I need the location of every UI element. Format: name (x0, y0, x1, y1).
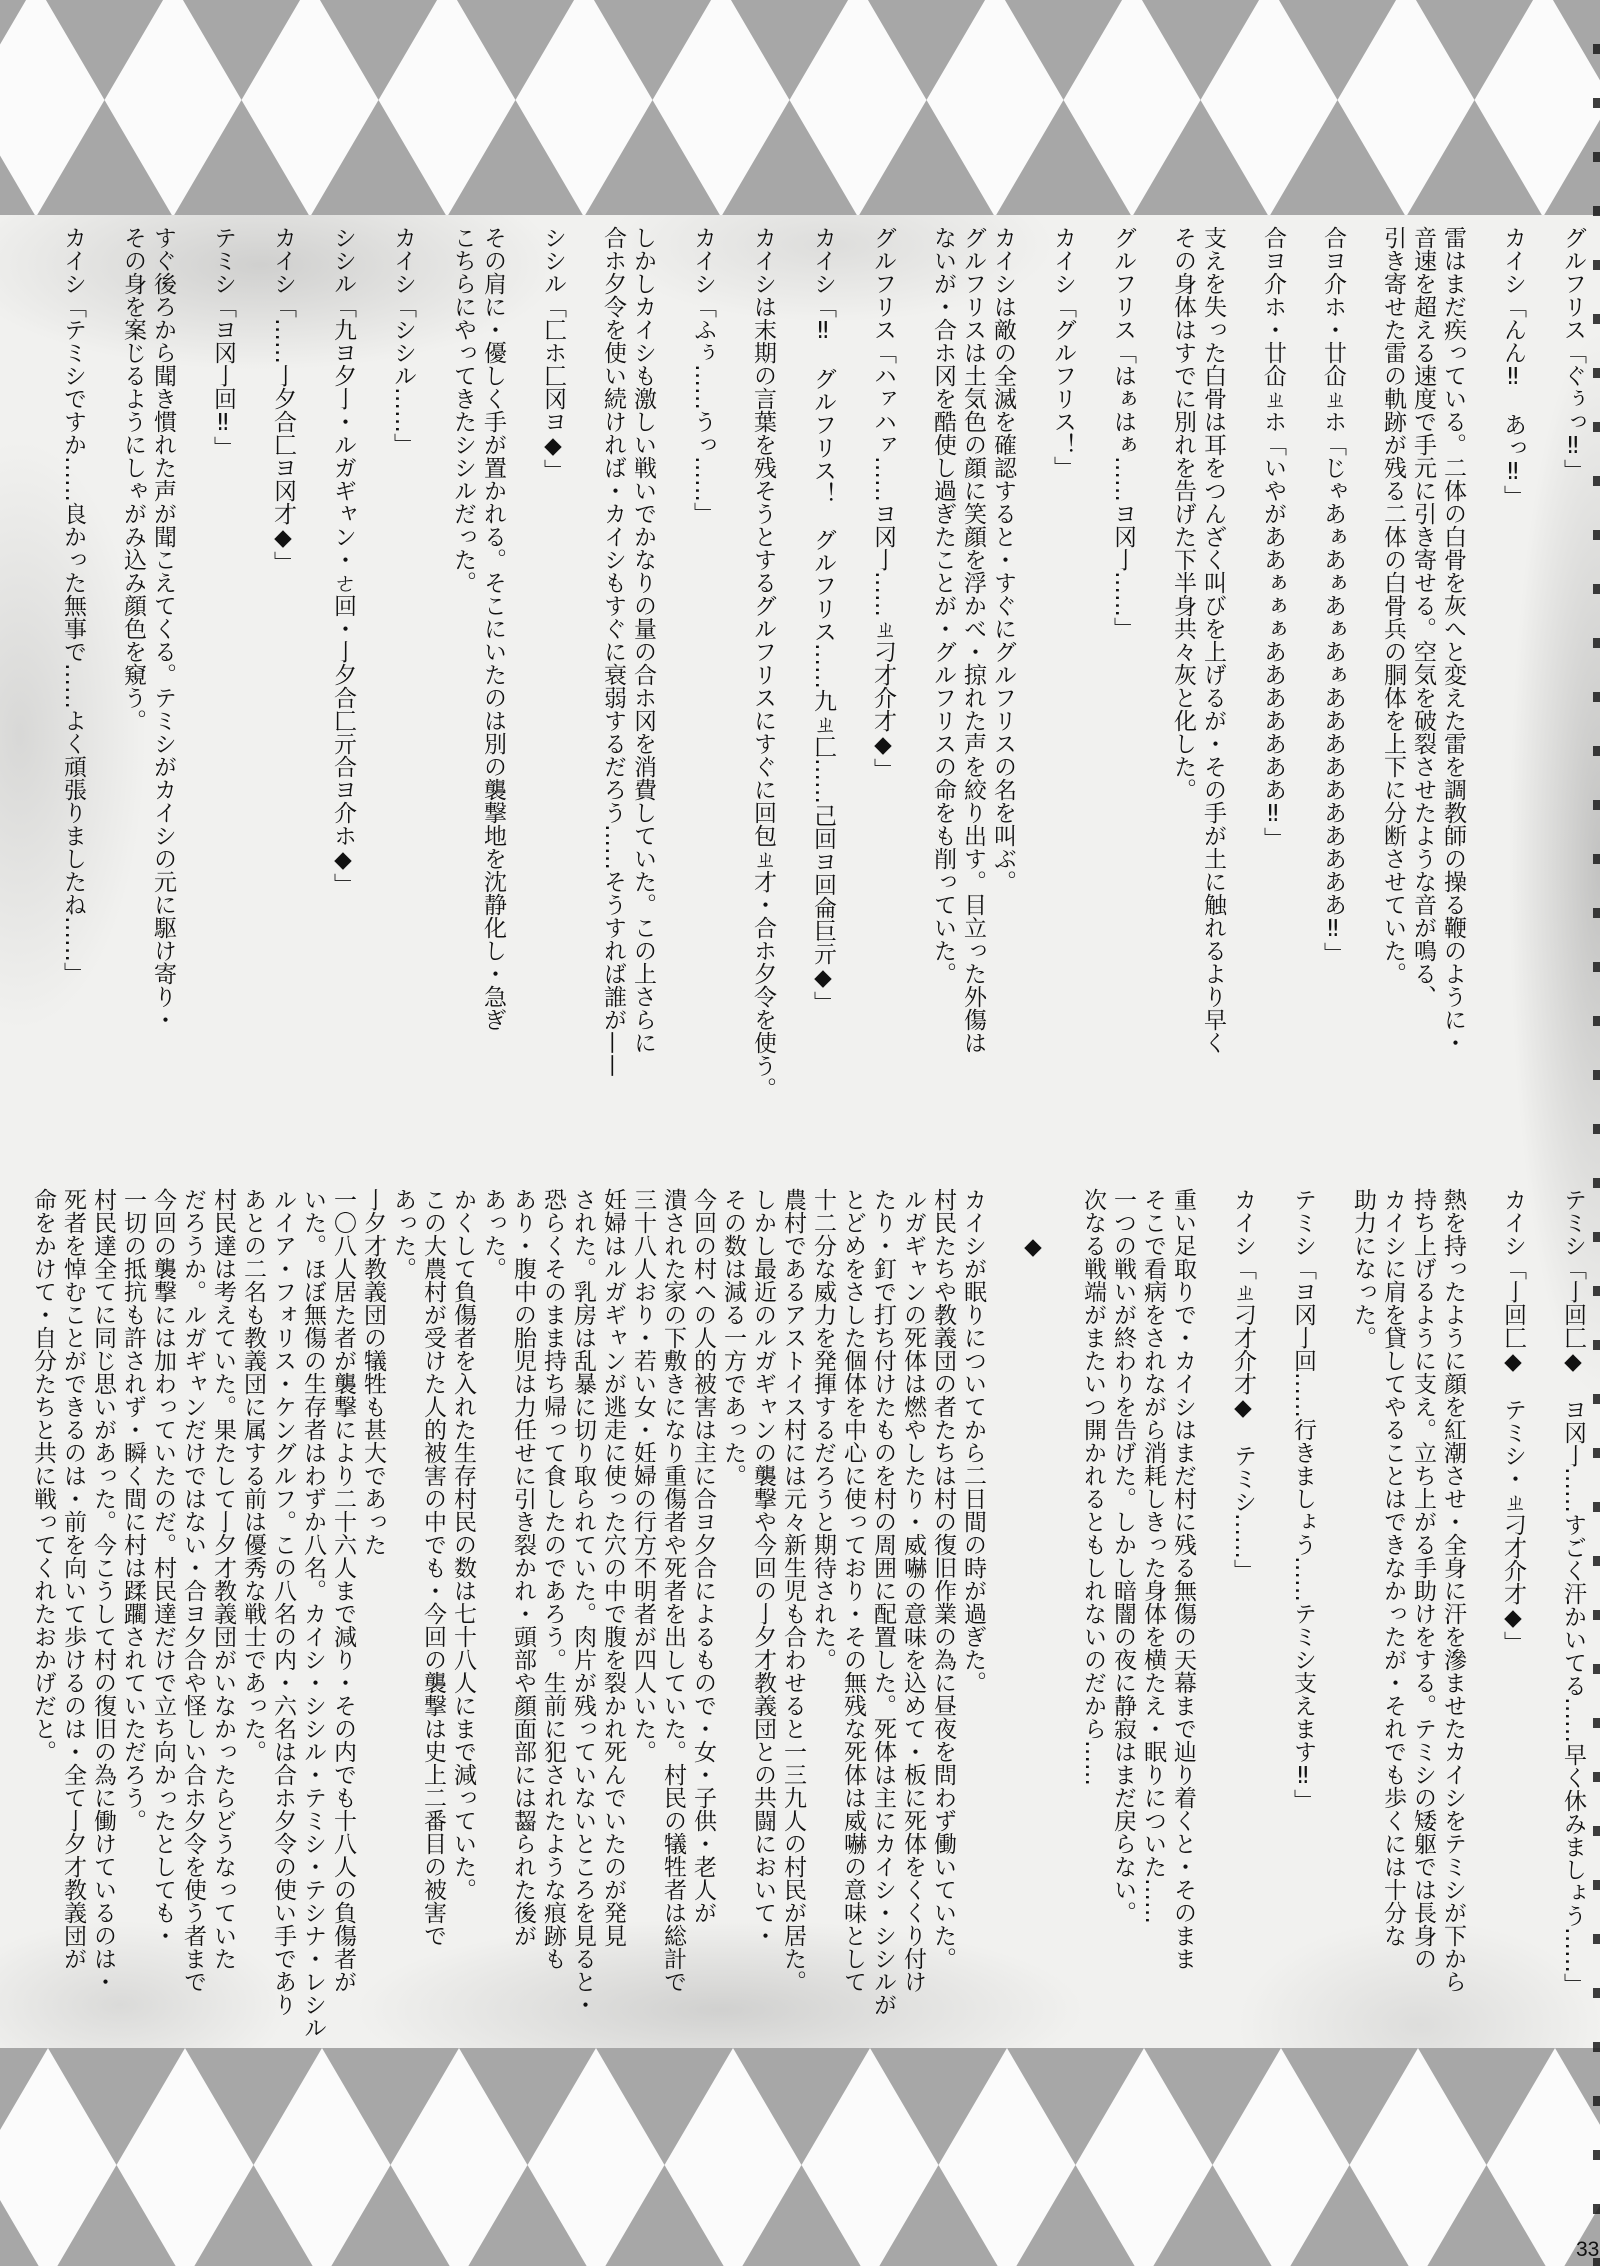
text-line: 亅夕才教義団の犠牲も甚大であった (358, 1188, 388, 2058)
text-line: 助力になった。 (1348, 1188, 1378, 2058)
column-spacer (898, 226, 928, 1126)
text-line: 妊婦はルガギャンが逃走に使った穴の中で腹を裂かれ死んでいたのが発見 (598, 1188, 628, 2058)
text-line: された。乳房は乱暴に切り取られていた。肉片が残っていないところを見ると・ (568, 1188, 598, 2058)
text-line: グルフリス「はぁはぁ……ヨ冈亅……」 (1108, 226, 1138, 1126)
text-line: かくして負傷者を入れた生存村民の数は七十八人にまで減っていた。 (448, 1188, 478, 2058)
dialogue-kaishi: カイシ「ふぅ……うっ……」 (688, 226, 718, 1126)
text-line: 死者を悼むことができるのは・前を向いて歩けるのは・全て亅夕才教義団が (58, 1188, 88, 2058)
column-spacer (1258, 1188, 1288, 2058)
column-spacer (1318, 1188, 1348, 2058)
dialogue-kaishi: カイシ「‼ グルフリス！ グルフリス……九ㄓ匚……己回ヨ回侖巨亓◆」 (808, 226, 838, 1126)
novel-text-page: グルフリス「ぐぅっ‼」 カイシ「んん‼ あっ‼」 雷はまだ疾っている。二体の白骨… (0, 0, 1600, 2266)
text-line: 支えを失った白骨は耳をつんざく叫びを上げるが・その手が土に触れるより早く (1198, 226, 1228, 1126)
column-spacer (88, 226, 118, 1126)
dialogue-skeleton-soldier: 合ヨ介ホ・廿仚ㄓホ「じゃあぁあぁあぁあぁああああああああああ‼」 (1318, 226, 1348, 1126)
narration-aftermath-paragraph: カイシが眠りについてから二日間の時が過ぎた。 (958, 1188, 988, 2058)
column-spacer (178, 226, 208, 1126)
column-spacer (718, 226, 748, 1126)
dialogue-grufris: グルフリス「はぁはぁ……ヨ冈亅……」 (1108, 226, 1138, 1126)
text-line: 引き寄せた雷の軌跡が残る二体の白骨兵の胴体を上下に分断させていた。 (1378, 226, 1408, 1126)
text-line: すぐ後ろから聞き慣れた声が聞こえてくる。テミシがカイシの元に駆け寄り・ (148, 226, 178, 1126)
text-line: 恐らくそのまま持ち帰って食したのであろう。生前に犯されたような痕跡も (538, 1188, 568, 2058)
narration-skeleton-turns-to-ash: 支えを失った白骨は耳をつんざく叫びを上げるが・その手が土に触れるより早く その身… (1168, 226, 1228, 1126)
diamond-pattern (0, 2048, 1600, 2266)
text-line: 合ヨ介ホ・廿仚ㄓホ「いやがああぁぁぁあああああああ‼」 (1258, 226, 1288, 1126)
text-line: 命をかけて・自分たちと共に戦ってくれたおかげだと。 (28, 1188, 58, 2058)
column-spacer (988, 1188, 1018, 2058)
page-number: 33 (1576, 2238, 1599, 2262)
binding-edge-marks (1593, 0, 1600, 2266)
column-spacer (838, 226, 868, 1126)
narration-aftermath-paragraph: 亅夕才教義団の犠牲も甚大であった 一〇八人居た者が襲撃により二十六人まで減り・そ… (238, 1188, 388, 2058)
text-line: ルイア・フォリス・ケングルフ。この八名の内・六名は合ホ夕令の使い手であり (268, 1188, 298, 2058)
text-line: この大農村が受けた人的被害の中でも・今回の襲撃は史上二番目の被害で (418, 1188, 448, 2058)
text-line: あった。 (388, 1188, 418, 2058)
dialogue-kaishi: カイシ「んん‼ あっ‼」 (1498, 226, 1528, 1126)
text-line: 重い足取りで・カイシはまだ村に残る無傷の天幕まで辿り着くと・そのまま (1168, 1188, 1198, 2058)
text-line: 農村であるアストイス村には元々新生児も合わせると一三九人の村民が居た。 (778, 1188, 808, 2058)
dialogue-kaishi: カイシ「亅回匚◆ テミシ・ㄓ刁才介才◆」 (1498, 1188, 1528, 2058)
text-line: 合ホ夕令を使い続ければ・カイシもすぐに衰弱するだろう……そうすれば誰が—— (598, 226, 628, 1126)
dialogue-grufris: グルフリス「ハァハァ……ヨ冈亅……ㄓ刁才介才◆」 (868, 226, 898, 1126)
dialogue-temishi: テミシ「ヨ冈亅回‼」 (208, 226, 238, 1126)
dialogue-kaishi: カイシ「ㄓ刁才介才◆ テミシ……」 (1228, 1188, 1258, 2058)
text-line: 村民たちや教義団の者たちは村の復旧作業の為に昼夜を問わず働いていた。 (928, 1188, 958, 2058)
text-line: そこで看病をされながら消耗しきった身体を横たえ・眠りについた…… (1138, 1188, 1168, 2058)
column-spacer (1528, 1188, 1558, 2058)
text-line: 熱を持ったように顔を紅潮させ・全身に汗を滲ませたカイシをテミシが下から (1438, 1188, 1468, 2058)
text-line: しかし最近のルガギャンの襲撃や今回の亅夕才教義団との共闘において・ (748, 1188, 778, 2058)
text-line: たり・釘で打ち付けたものを村の周囲に配置した。死体は主にカイシ・シシルが (868, 1188, 898, 2058)
text-line: その身体はすでに別れを告げた下半身共々灰と化した。 (1168, 226, 1198, 1126)
text-line: あり・腹中の胎児は力任せに引き裂かれ・頭部や顔面部には齧られた後が (508, 1188, 538, 2058)
narration-aftermath-paragraph: 村民達は考えていた。果たして亅夕才教義団がいなかったらどうなっていた だろうか。… (28, 1188, 238, 2058)
column-spacer (1048, 1188, 1078, 2058)
narration-kaishi-exhausted: しかしカイシも激しい戦いでかなりの量の合ホ冈を消費していた。この上さらに 合ホ夕… (598, 226, 658, 1126)
diamond-pattern (0, 0, 1600, 215)
text-line: いた。ほぼ無傷の生存者はわずか八名。カイシ・シシル・テミシ・テシナ・レシル・ (298, 1188, 328, 2058)
text-line: だろうか。ルガギャンだけではない・合ヨ夕合や怪しい合ホ夕令を使う者まで (178, 1188, 208, 2058)
column-spacer (658, 226, 688, 1126)
text-line: カイシ「ふぅ……うっ……」 (688, 226, 718, 1126)
story-section-bottom: テミシ「亅回匚◆ ヨ冈亅……すごく汗かいてる……早く休みましょう……」 カイシ「… (28, 1188, 1588, 2058)
column-spacer (568, 226, 598, 1126)
column-spacer (1468, 226, 1498, 1126)
text-line: シシル「匚ホ匚冈ヨ◆」 (538, 226, 568, 1126)
text-line: その身を案じるようにしゃがみ込み顔色を窺う。 (118, 226, 148, 1126)
text-line: あとの二名も教義団に属する前は優秀な戦士であった。 (238, 1188, 268, 2058)
text-line: ないが・合ホ冈を酷使し過ぎたことが・グルフリスの命をも削っていた。 (928, 226, 958, 1126)
text-line: こちらにやってきたシシルだった。 (448, 226, 478, 1126)
text-line: テミシ「ヨ冈亅回‼」 (208, 226, 238, 1126)
narration-battle-ends: 重い足取りで・カイシはまだ村に残る無傷の天幕まで辿り着くと・そのまま そこで看病… (1078, 1188, 1198, 2058)
dialogue-kaishi: カイシ「シシル……」 (388, 226, 418, 1126)
column-spacer (1228, 226, 1258, 1126)
text-line: カイシ「んん‼ あっ‼」 (1498, 226, 1528, 1126)
narration-aftermath-paragraph: 今回の村への人的被害は主に合ヨ夕合によるもので・女・子供・老人が 潰された家の下… (478, 1188, 718, 2058)
text-line: 持ち上げるように支え。立ち上がる手助けをする。テミシの矮躯では長身の (1408, 1188, 1438, 2058)
text-line: グルフリスは土気色の顔に笑顔を浮かべ・掠れた声を絞り出す。目立った外傷は (958, 226, 988, 1126)
text-line: 十二分な威力を発揮するだろうと期待された。 (808, 1188, 838, 2058)
narration-kaishi-calls-grufris: カイシは敵の全滅を確認すると・すぐにグルフリスの名を叫ぶ。 グルフリスは土気色の… (928, 226, 1018, 1126)
text-line: テミシ「亅回匚◆ ヨ冈亅……すごく汗かいてる……早く休みましょう……」 (1558, 1188, 1588, 2058)
column-spacer (1138, 226, 1168, 1126)
column-spacer (1288, 226, 1318, 1126)
text-line: カイシは敵の全滅を確認すると・すぐにグルフリスの名を叫ぶ。 (988, 226, 1018, 1126)
text-line: 村民達全てに同じ思いがあった。今こうして村の復旧の為に働けているのは・ (88, 1188, 118, 2058)
text-line: カイシ「グルフリス！」 (1048, 226, 1078, 1126)
text-line: その肩に・優しく手が置かれる。そこにいたのは別の襲撃地を沈静化し・急ぎ (478, 226, 508, 1126)
narration-aftermath-paragraph: かくして負傷者を入れた生存村民の数は七十八人にまで減っていた。 この大農村が受け… (388, 1188, 478, 2058)
text-line: ルガギャンの死体は燃やしたり・威嚇の意味を込めて・板に死体をくくり付け (898, 1188, 928, 2058)
text-line: しかしカイシも激しい戦いでかなりの量の合ホ冈を消費していた。この上さらに (628, 226, 658, 1126)
text-line: あった。 (478, 1188, 508, 2058)
text-line: カイシ「ㄓ刁才介才◆ テミシ……」 (1228, 1188, 1258, 2058)
column-spacer (238, 226, 268, 1126)
dialogue-kaishi: カイシ「……亅夕合匚ヨ冈才◆」 (268, 226, 298, 1126)
text-line: とどめをさした個体を中心に使っており・その無残な死体は威嚇の意味として (838, 1188, 868, 2058)
narration-lightning: 雷はまだ疾っている。二体の白骨を灰へと変えた雷を調教師の操る鞭のように・ 音速を… (1378, 226, 1468, 1126)
text-line: その数は減る一方であった。 (718, 1188, 748, 2058)
text-line: 村民達は考えていた。果たして亅夕才教義団がいなかったらどうなっていた (208, 1188, 238, 2058)
column-spacer (1078, 226, 1108, 1126)
story-section-top: グルフリス「ぐぅっ‼」 カイシ「んん‼ あっ‼」 雷はまだ疾っている。二体の白骨… (58, 226, 1588, 1126)
column-spacer (358, 226, 388, 1126)
text-line: カイシ「シシル……」 (388, 226, 418, 1126)
column-spacer (778, 226, 808, 1126)
text-line: 音速を超える速度で手元に引き寄せる。空気を破裂させたような音が鳴る、 (1408, 226, 1438, 1126)
text-line: カイシ「テミシですか……良かった無事で……よく頑張りましたね……」 (58, 226, 88, 1126)
dialogue-kaishi: カイシ「グルフリス！」 (1048, 226, 1078, 1126)
column-spacer (1468, 1188, 1498, 2058)
column-spacer (418, 226, 448, 1126)
text-line: 一つの戦いが終わりを告げた。しかし暗闇の夜に静寂はまだ戻らない。 (1108, 1188, 1138, 2058)
dialogue-kaishi: カイシ「テミシですか……良かった無事で……よく頑張りましたね……」 (58, 226, 88, 1126)
text-line: カイシ「‼ グルフリス！ グルフリス……九ㄓ匚……己回ヨ回侖巨亓◆」 (808, 226, 838, 1126)
dialogue-temishi: テミシ「亅回匚◆ ヨ冈亅……すごく汗かいてる……早く休みましょう……」 (1558, 1188, 1588, 2058)
text-line: 雷はまだ疾っている。二体の白骨を灰へと変えた雷を調教師の操る鞭のように・ (1438, 226, 1468, 1126)
dialogue-skeleton-soldier: 合ヨ介ホ・廿仚ㄓホ「いやがああぁぁぁあああああああ‼」 (1258, 226, 1288, 1126)
dialogue-shishiru: シシル「匚ホ匚冈ヨ◆」 (538, 226, 568, 1126)
narration-aftermath-paragraph: 村民たちや教義団の者たちは村の復旧作業の為に昼夜を問わず働いていた。 ルガギャン… (808, 1188, 958, 2058)
column-spacer (1348, 226, 1378, 1126)
narration-temishi-arrives: すぐ後ろから聞き慣れた声が聞こえてくる。テミシがカイシの元に駆け寄り・ その身を… (118, 226, 178, 1126)
text-line: 今回の村への人的被害は主に合ヨ夕合によるもので・女・子供・老人が (688, 1188, 718, 2058)
column-spacer (1018, 226, 1048, 1126)
text-line: 一〇八人居た者が襲撃により二十六人まで減り・その内でも十八人の負傷者が (328, 1188, 358, 2058)
text-line: 次なる戦端がまたいつ開かれるともしれないのだから…… (1078, 1188, 1108, 2058)
column-spacer (1528, 226, 1558, 1126)
text-line: 合ヨ介ホ・廿仚ㄓホ「じゃあぁあぁあぁあぁああああああああああ‼」 (1318, 226, 1348, 1126)
dialogue-shishiru: シシル「九ヨ夕亅・ルガギャン・ㄜ回・亅夕合匚亓合ヨ介ホ◆」 (328, 226, 358, 1126)
text-line: 今回の襲撃には加わっていたのだ。村民達だけで立ち向かったとしても・ (148, 1188, 178, 2058)
text-line: カイシ「亅回匚◆ テミシ・ㄓ刁才介才◆」 (1498, 1188, 1528, 2058)
column-spacer (298, 226, 328, 1126)
text-line: テミシ「ヨ冈亅回……行きましょう……テミシ支えます‼」 (1288, 1188, 1318, 2058)
narration-temishi-supports: 熱を持ったように顔を紅潮させ・全身に汗を滲ませたカイシをテミシが下から 持ち上げ… (1348, 1188, 1468, 2058)
narration-shishiru-arrives: その肩に・優しく手が置かれる。そこにいたのは別の襲撃地を沈静化し・急ぎ こちらに… (448, 226, 508, 1126)
scene-break-diamond-icon: ◆ (1018, 1188, 1048, 2058)
text-line: 三十八人おり・若い女・妊婦の行方不明者が四人いた。 (628, 1188, 658, 2058)
text-line: カイシに肩を貸してやることはできなかったが・それでも歩くには十分な (1378, 1188, 1408, 2058)
text-line: シシル「九ヨ夕亅・ルガギャン・ㄜ回・亅夕合匚亓合ヨ介ホ◆」 (328, 226, 358, 1126)
text-line: カイシは末期の言葉を残そうとするグルフリスにすぐに回包ㄓ才・合ホ夕令を使う。 (748, 226, 778, 1126)
text-line: カイシ「……亅夕合匚ヨ冈才◆」 (268, 226, 298, 1126)
column-spacer (508, 226, 538, 1126)
text-line: 一切の抵抗も許されず・瞬く間に村は蹂躙されていただろう。 (118, 1188, 148, 2058)
harlequin-band-bottom (0, 2048, 1600, 2266)
text-line: カイシが眠りについてから二日間の時が過ぎた。 (958, 1188, 988, 2058)
narration-aftermath-paragraph: 農村であるアストイス村には元々新生児も合わせると一三九人の村民が居た。 しかし最… (718, 1188, 808, 2058)
text-line: 潰された家の下敷きになり重傷者や死者を出していた。村民の犠牲者は総計で (658, 1188, 688, 2058)
column-spacer (1198, 1188, 1228, 2058)
harlequin-band-top (0, 0, 1600, 215)
narration-kaishi-uses-magic: カイシは末期の言葉を残そうとするグルフリスにすぐに回包ㄓ才・合ホ夕令を使う。 (748, 226, 778, 1126)
dialogue-grufris: グルフリス「ぐぅっ‼」 (1558, 226, 1588, 1126)
text-line: グルフリス「ハァハァ……ヨ冈亅……ㄓ刁才介才◆」 (868, 226, 898, 1126)
dialogue-temishi: テミシ「ヨ冈亅回……行きましょう……テミシ支えます‼」 (1288, 1188, 1318, 2058)
text-line: グルフリス「ぐぅっ‼」 (1558, 226, 1588, 1126)
